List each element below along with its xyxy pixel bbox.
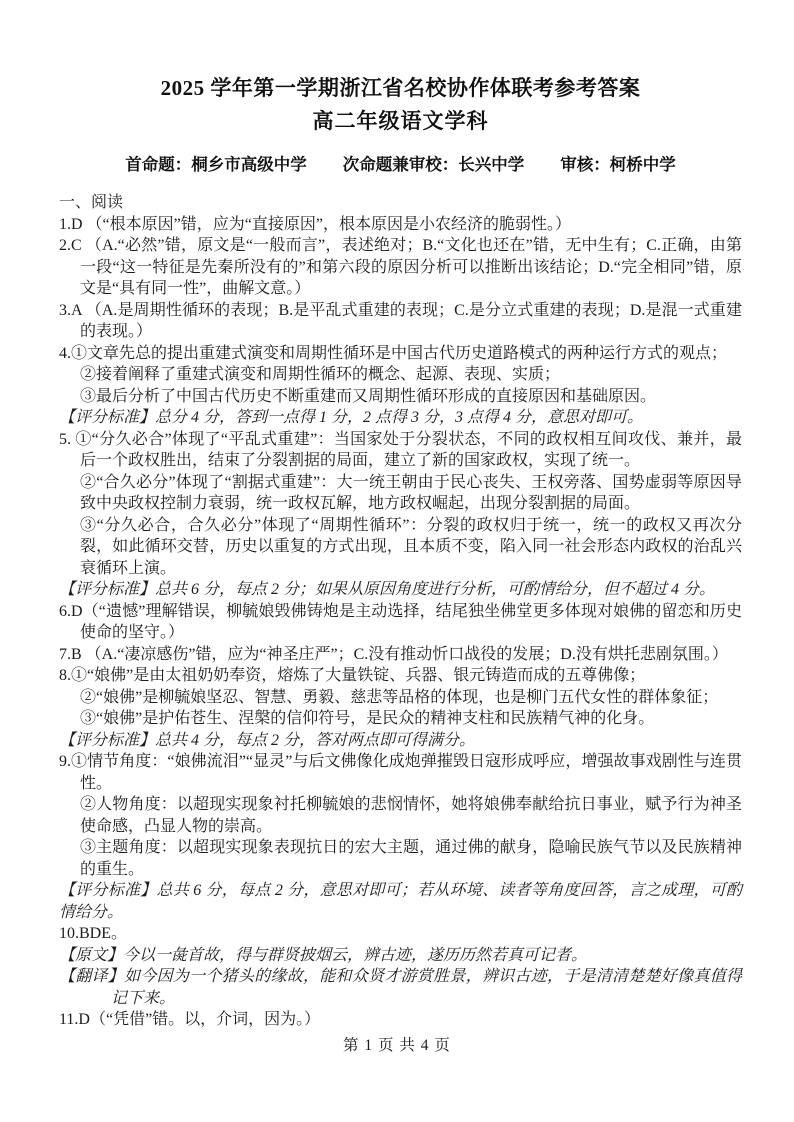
answer-line: ②“合久必分”体现了“割据式重建”：大一统王朝由于民心丧失、王权旁落、国势虚弱等… [80, 472, 742, 515]
answer-line: 【原文】今以一彘首故，得与群贤披烟云，辨古迹，遂历历然若真可记者。 [59, 945, 742, 967]
byline-verifier: 审核：柯桥中学 [560, 151, 676, 175]
answer-line: 1.D （“根本原因”错，应为“直接原因”，根本原因是小农经济的脆弱性。） [59, 214, 742, 236]
answer-line: 9.①情节角度：“娘佛流泪”“显灵”与后文佛像化成炮弹摧毁日寇形成呼应，增强故事… [59, 751, 742, 794]
answer-line: 2.C （A.“必然”错，原文是“一般而言”，表述绝对；B.“文化也还在”错，无… [59, 235, 742, 300]
document-content: 2025 学年第一学期浙江省名校协作体联考参考答案 高二年级语文学科 首命题：桐… [59, 72, 742, 1031]
answer-line: ③主题角度：以超现实现象表现抗日的宏大主题，通过佛的献身，隐喻民族气节以及民族精… [80, 837, 742, 880]
answer-line: ③“分久必合，合久必分”体现了“周期性循环”：分裂的政权归于统一，统一的政权又再… [80, 515, 742, 580]
answer-line: ②人物角度：以超现实现象衬托柳毓娘的悲悯情怀，她将娘佛奉献给抗日事业，赋予行为神… [80, 794, 742, 837]
answer-line: 【翻译】如今因为一个猪头的缘故，能和众贤才游赏胜景，辨识古迹，于是清清楚楚好像真… [59, 966, 742, 1009]
document-subtitle: 高二年级语文学科 [59, 105, 742, 138]
answer-line: 4.①文章先总的提出重建式演变和周期性循环是中国古代历史道路模式的两种运行方式的… [59, 343, 742, 365]
answer-line: ②“娘佛”是柳毓娘坚忍、智慧、勇毅、慈悲等品格的体现，也是柳门五代女性的群体象征… [80, 687, 742, 709]
document-header: 2025 学年第一学期浙江省名校协作体联考参考答案 高二年级语文学科 首命题：桐… [59, 72, 742, 175]
answer-paragraphs: 一、阅读1.D （“根本原因”错，应为“直接原因”，根本原因是小农经济的脆弱性。… [59, 192, 742, 1031]
answer-line: 6.D（“遗憾”理解错误，柳毓娘毁佛铸炮是主动选择，结尾独坐佛堂更多体现对娘佛的… [59, 601, 742, 644]
document-title: 2025 学年第一学期浙江省名校协作体联考参考答案 [59, 72, 742, 105]
byline-reviewer: 次命题兼审校：长兴中学 [343, 151, 525, 175]
answer-line: 【评分标准】总分 4 分，答到一点得 1 分，2 点得 3 分，3 点得 4 分… [59, 407, 742, 429]
answer-line: 7.B （A.“凄凉感伤”错，应为“神圣庄严”；C.没有推动忻口战役的发展；D.… [59, 644, 742, 666]
answer-line: 3.A （A.是周期性循环的表现；B.是平乱式重建的表现；C.是分立式重建的表现… [59, 300, 742, 343]
answer-line: 一、阅读 [59, 192, 742, 214]
byline-proposer: 首命题：桐乡市高级中学 [125, 151, 307, 175]
answer-line: ③“娘佛”是护佑苍生、涅槃的信仰符号，是民众的精神支柱和民族精气神的化身。 [80, 708, 742, 730]
document-page: 2025 学年第一学期浙江省名校协作体联考参考答案 高二年级语文学科 首命题：桐… [0, 0, 794, 1122]
answer-line: 10.BDE。 [59, 923, 742, 945]
answer-line: 11.D（“凭借”错。以，介词，因为。） [59, 1009, 742, 1031]
answer-line: 5. ①“分久必合”体现了“平乱式重建”：当国家处于分裂状态，不同的政权相互间攻… [59, 429, 742, 472]
byline: 首命题：桐乡市高级中学 次命题兼审校：长兴中学 审核：柯桥中学 [59, 151, 742, 175]
answer-line: 【评分标准】总共 4 分，每点 2 分，答对两点即可得满分。 [59, 730, 742, 752]
answer-line: ②接着阐释了重建式演变和周期性循环的概念、起源、表现、实质； [80, 364, 742, 386]
page-number: 第 1 页 共 4 页 [343, 1037, 451, 1054]
answer-line: 8.①“娘佛”是由太祖奶奶奉资，熔炼了大量铁锭、兵器、银元铸造而成的五尊佛像； [59, 665, 742, 687]
answer-line: 【评分标准】总共 6 分，每点 2 分，意思对即可；若从环境、读者等角度回答，言… [59, 880, 742, 923]
answer-line: ③最后分析了中国古代历史不断重建而又周期性循环形成的直接原因和基础原因。 [80, 386, 742, 408]
page-footer: 第 1 页 共 4 页 [0, 1033, 794, 1055]
answer-line: 【评分标准】总共 6 分，每点 2 分；如果从原因角度进行分析，可酌情给分，但不… [59, 579, 742, 601]
